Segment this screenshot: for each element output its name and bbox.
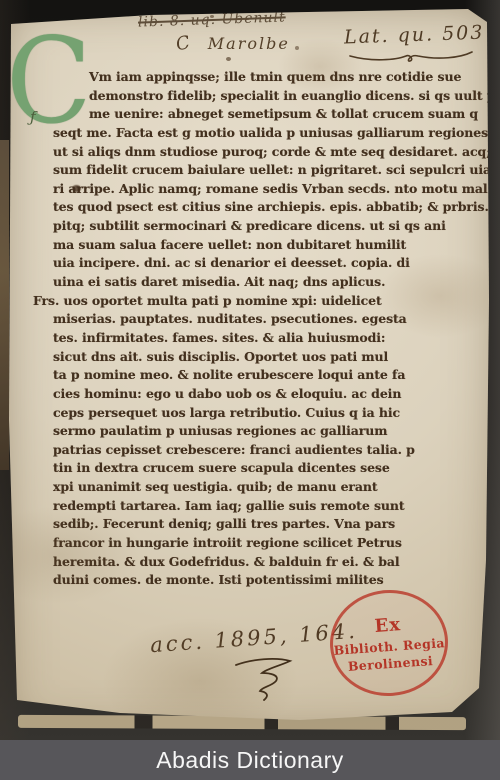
stamp-line-3: Berolinensi [347, 653, 433, 674]
screenshot-frame: lib. 8. uq. Ubenult CMarolbe Lat. qu. 50… [0, 0, 500, 780]
text-line: patrias cepisset crebescere: franci audi… [53, 441, 449, 460]
text-line: ma suam salua facere uellet: non dubitar… [53, 236, 449, 255]
text-line: tin in dextra crucem suere scapula dicen… [53, 459, 449, 478]
text-line: Frs. uos oportet multa pati p nomine xpi… [33, 292, 449, 311]
stain-speck [226, 57, 231, 61]
text-line: tes quod psect est citius sine archiepis… [53, 198, 449, 217]
initial-inner-mark: ƒ [30, 108, 36, 126]
text-line: xpi unanimit seq uestigia. quib; de manu… [53, 478, 449, 497]
text-line: miserias. pauptates. nuditates. psecutio… [53, 310, 449, 329]
text-line: tes. infirmitates. fames. sites. & alia … [53, 329, 449, 348]
text-line: francor in hungarie introiit regione sci… [53, 534, 449, 553]
text-line: sedib;. Fecerunt deniq; galli tres parte… [53, 515, 449, 534]
collection-note: CMarolbe [176, 33, 290, 54]
text-line: demonstro fidelib; specialit in euanglio… [53, 87, 449, 106]
caption-text: Abadis Dictionary [156, 747, 343, 774]
text-line: ta p nomine meo. & nolite erubescere loq… [53, 366, 449, 385]
text-line: pitq; subtilit sermocinari & predicare d… [53, 217, 449, 236]
shelfmark-underline-flourish [348, 48, 474, 64]
underlying-page-edge [0, 140, 9, 470]
collection-note-text: Marolbe [208, 34, 290, 53]
accession-flourish [232, 655, 302, 703]
struck-out-note: lib. 8. uq. Ubenult [138, 9, 286, 30]
paraph-mark: C [174, 32, 194, 56]
text-line: redempti tartarea. Iam iaq; gallie suis … [53, 497, 449, 516]
manuscript-text-block: Vm iam appinqsse; ille tmin quem dns nre… [53, 68, 449, 590]
shelfmark-note: Lat. qu. 503 [344, 22, 485, 49]
text-line: ut si aliqs dnm studiose puroq; corde & … [53, 143, 449, 162]
manuscript-photo: lib. 8. uq. Ubenult CMarolbe Lat. qu. 50… [0, 0, 500, 740]
parchment-page: lib. 8. uq. Ubenult CMarolbe Lat. qu. 50… [0, 0, 500, 740]
caption-bar: Abadis Dictionary [0, 740, 500, 780]
text-line: sum fidelit crucem baiulare uellet: n pi… [53, 161, 449, 180]
text-line: uia incipere. dni. ac si denarior ei dee… [53, 254, 449, 273]
text-line: me uenire: abneget semetipsum & tollat c… [53, 105, 449, 124]
text-line: sicut dns ait. suis disciplis. Oportet u… [53, 348, 449, 367]
stamp-line-1: Ex [374, 614, 402, 637]
stain-speck [295, 46, 299, 50]
text-line: ri arripe. Aplic namq; romane sedis Vrba… [53, 180, 449, 199]
text-line: uina ei satis daret misedia. Ait naq; dn… [53, 273, 449, 292]
text-line: cies hominu: ego u dabo uob os & eloquiu… [53, 385, 449, 404]
text-line: sermo paulatim p uniusas regiones ac gal… [53, 422, 449, 441]
text-line: Vm iam appinqsse; ille tmin quem dns nre… [53, 68, 449, 87]
text-line: ceps persequet uos larga retributio. Cui… [53, 404, 449, 423]
text-line: heremita. & dux Godefridus. & balduin fr… [53, 553, 449, 572]
text-line: duini comes. de monte. Isti potentissimi… [53, 571, 449, 590]
accession-note: acc. 1895, 164. [149, 619, 358, 657]
library-stamp: Ex Biblioth. Regia Berolinensi [326, 586, 451, 700]
text-line: seqt me. Facta est g motio ualida p uniu… [53, 124, 449, 143]
